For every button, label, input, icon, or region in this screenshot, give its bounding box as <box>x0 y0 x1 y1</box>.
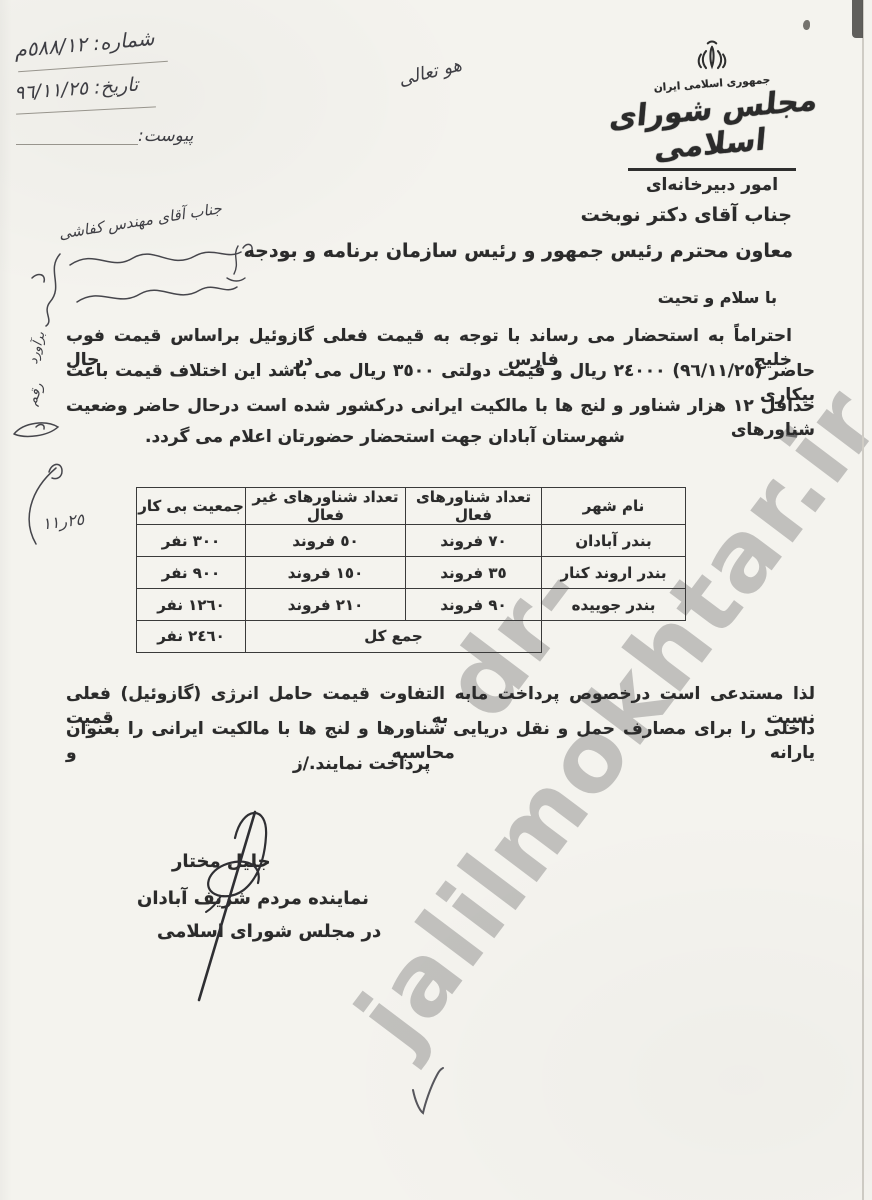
scanned-letter-page: dr-jalilmokhtar.ir جمهوری اسلامی ایران م… <box>0 0 872 1200</box>
table-row: بندر آبادان ٧٠ فروند ٥٠ فروند ٣٠٠ نفر <box>137 525 686 557</box>
date-label: تاریخ: <box>93 74 139 99</box>
handwritten-date-line: تاریخ: ٩٦/١١/٢٥ <box>13 74 139 105</box>
signature-scribble <box>150 796 285 1011</box>
col-header-city: نام شهر <box>542 488 686 525</box>
body2-line3: پرداخت نمایند./ز <box>293 754 430 774</box>
cell-inactive: ٥٠ فروند <box>246 525 406 557</box>
handwritten-margin-word-2: رقم <box>24 381 47 408</box>
date-underline <box>16 106 156 114</box>
cell-unemployed: ٣٠٠ نفر <box>137 525 246 557</box>
scan-edge-line <box>862 0 864 1200</box>
number-value: ٥٨٨/١٢م <box>13 32 88 62</box>
checkmark-pen-stroke <box>402 1066 452 1124</box>
attachment-underline <box>16 144 138 145</box>
cell-inactive: ٢١٠ فروند <box>246 589 406 621</box>
body2-line2: داخلی را برای مصارف حمل و نقل دریایی شنا… <box>66 717 815 765</box>
ink-smudge <box>803 20 810 30</box>
table-row: بندر اروند کنار ٣٥ فروند ١٥٠ فروند ٩٠٠ ن… <box>137 557 686 589</box>
handwriting-paraph <box>16 458 66 548</box>
recipient-name: جناب آقای دکتر نوبخت <box>581 204 792 226</box>
col-header-active: تعداد شناورهای فعال <box>406 488 542 525</box>
cell-active: ٧٠ فروند <box>406 525 542 557</box>
cell-city: بندر اروند کنار <box>542 557 686 589</box>
letterhead: جمهوری اسلامی ایران مجلس شورای اسلامی ام… <box>597 38 827 195</box>
handwritten-attachment-label: پیوست: <box>138 126 193 146</box>
letterhead-office: امور دبیرخانه‌ای <box>597 175 827 195</box>
handwriting-loop-mark <box>6 418 64 444</box>
handwriting-squiggle-vertical <box>22 248 72 328</box>
body1-line4: شهرستان آبادان جهت استحضار حضورتان اعلام… <box>145 427 625 447</box>
handwritten-invocation: هو تعالی <box>396 55 463 91</box>
cell-unemployed: ٩٠٠ نفر <box>137 557 246 589</box>
cell-unemployed: ١٢٦٠ نفر <box>137 589 246 621</box>
iran-emblem-icon <box>695 38 729 76</box>
cell-city: بندر آبادان <box>542 525 686 557</box>
scan-corner-mark <box>852 0 863 38</box>
number-underline <box>18 61 168 72</box>
number-label: شماره: <box>92 26 155 55</box>
table-total-row: جمع کل ٢٤٦٠ نفر <box>137 621 686 653</box>
date-value: ٩٦/١١/٢٥ <box>13 77 88 104</box>
cell-active: ٩٠ فروند <box>406 589 542 621</box>
table-row: بندر جوییده ٩٠ فروند ٢١٠ فروند ١٢٦٠ نفر <box>137 589 686 621</box>
letterhead-divider <box>628 168 796 171</box>
cell-inactive: ١٥٠ فروند <box>246 557 406 589</box>
col-header-unemployed: جمعیت بی کار <box>137 488 246 525</box>
cell-active: ٣٥ فروند <box>406 557 542 589</box>
cell-total-value: ٢٤٦٠ نفر <box>137 621 246 653</box>
salutation: با سلام و تحیت <box>658 288 777 307</box>
handwritten-number-line: شماره: ٥٨٨/١٢م <box>13 26 155 62</box>
cell-city: بندر جوییده <box>542 589 686 621</box>
handwritten-margin-note: جناب آقای مهندس کفاشی <box>58 199 223 243</box>
cell-total-label: جمع کل <box>246 621 542 653</box>
handwritten-margin-date: ٢٥ر١١ <box>41 510 85 534</box>
vessels-table: نام شهر تعداد شناورهای فعال تعداد شناوره… <box>136 487 686 653</box>
cell-empty <box>542 621 686 653</box>
recipient-title: معاون محترم رئیس جمهور و رئیس سازمان برن… <box>244 240 793 262</box>
handwritten-margin-word-1: برآورد <box>26 330 48 365</box>
col-header-inactive: تعداد شناورهای غیر فعال <box>246 488 406 525</box>
table-header-row: نام شهر تعداد شناورهای فعال تعداد شناوره… <box>137 488 686 525</box>
